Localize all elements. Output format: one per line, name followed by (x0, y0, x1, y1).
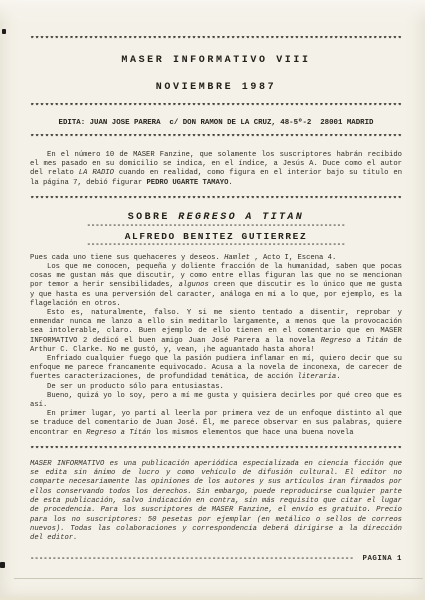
page-footer: ----------------------------------------… (30, 555, 402, 564)
article-paragraph: Los que me conocen, pequeña y doliente f… (30, 263, 402, 309)
article-paragraph: Bueno, quizá yo lo soy, pero a mí me gus… (30, 392, 402, 410)
colophon: MASER INFORMATIVO es una publicación ape… (30, 460, 402, 544)
scan-edge-line (14, 578, 423, 579)
page-number: PAGINA 1 (354, 555, 402, 564)
article-body: Pues cada uno tiene sus quehaceres y des… (30, 254, 402, 438)
article-author: ALFREDO BENITEZ GUTIERREZ (30, 231, 402, 242)
star-divider: ****************************************… (30, 103, 402, 111)
book-title: Regreso a Titán (321, 337, 388, 345)
star-divider: ****************************************… (30, 446, 402, 454)
publisher-line: EDITA: JUAN JOSE PARERA c/ DON RAMON DE … (30, 118, 402, 128)
article-paragraph: Esto es, naturalmente, falso. Y si me si… (30, 309, 402, 355)
footer-dash-rule: ----------------------------------------… (30, 555, 354, 564)
title-underline: ----------------------------------------… (30, 223, 402, 229)
issue-date: NOVIEMBRE 1987 (30, 82, 402, 94)
scan-speck (0, 562, 5, 568)
erratum-paragraph: En el número 10 de MASER Fanzine, que so… (30, 151, 402, 188)
scan-speck (2, 29, 6, 34)
hamlet-quote: Pues cada uno tiene sus quehaceres y des… (30, 254, 402, 263)
fanzine-title: MASER INFORMATIVO VIII (30, 55, 402, 67)
article-title: SOBRE REGRESO A TITAN (30, 212, 402, 223)
article-paragraph: Enfriado cualquier fuego que la pasión p… (30, 355, 402, 383)
star-divider: ****************************************… (30, 36, 402, 44)
book-title: Regreso a Titán (86, 429, 151, 437)
author-underline: ----------------------------------------… (30, 242, 402, 248)
article-paragraph: De ser un producto sólo para entusiastas… (30, 383, 402, 392)
star-divider: ****************************************… (30, 196, 402, 204)
article-heading: SOBRE REGRESO A TITAN ------------------… (30, 212, 402, 248)
scanned-fanzine-page: ****************************************… (0, 0, 425, 600)
article-paragraph: En primer lugar, yo partí al leerla por … (30, 410, 402, 438)
article-title-book: REGRESO A TITAN (178, 212, 304, 223)
page-content: ****************************************… (0, 0, 425, 564)
erratum-story-title: LA RADIO (79, 169, 114, 177)
scan-bottom-shading (0, 593, 425, 600)
star-divider: ****************************************… (30, 134, 402, 142)
erratum-author-name: PEDRO UGARTE TAMAYO (146, 179, 228, 187)
quote-source: Hamlet (224, 254, 250, 262)
